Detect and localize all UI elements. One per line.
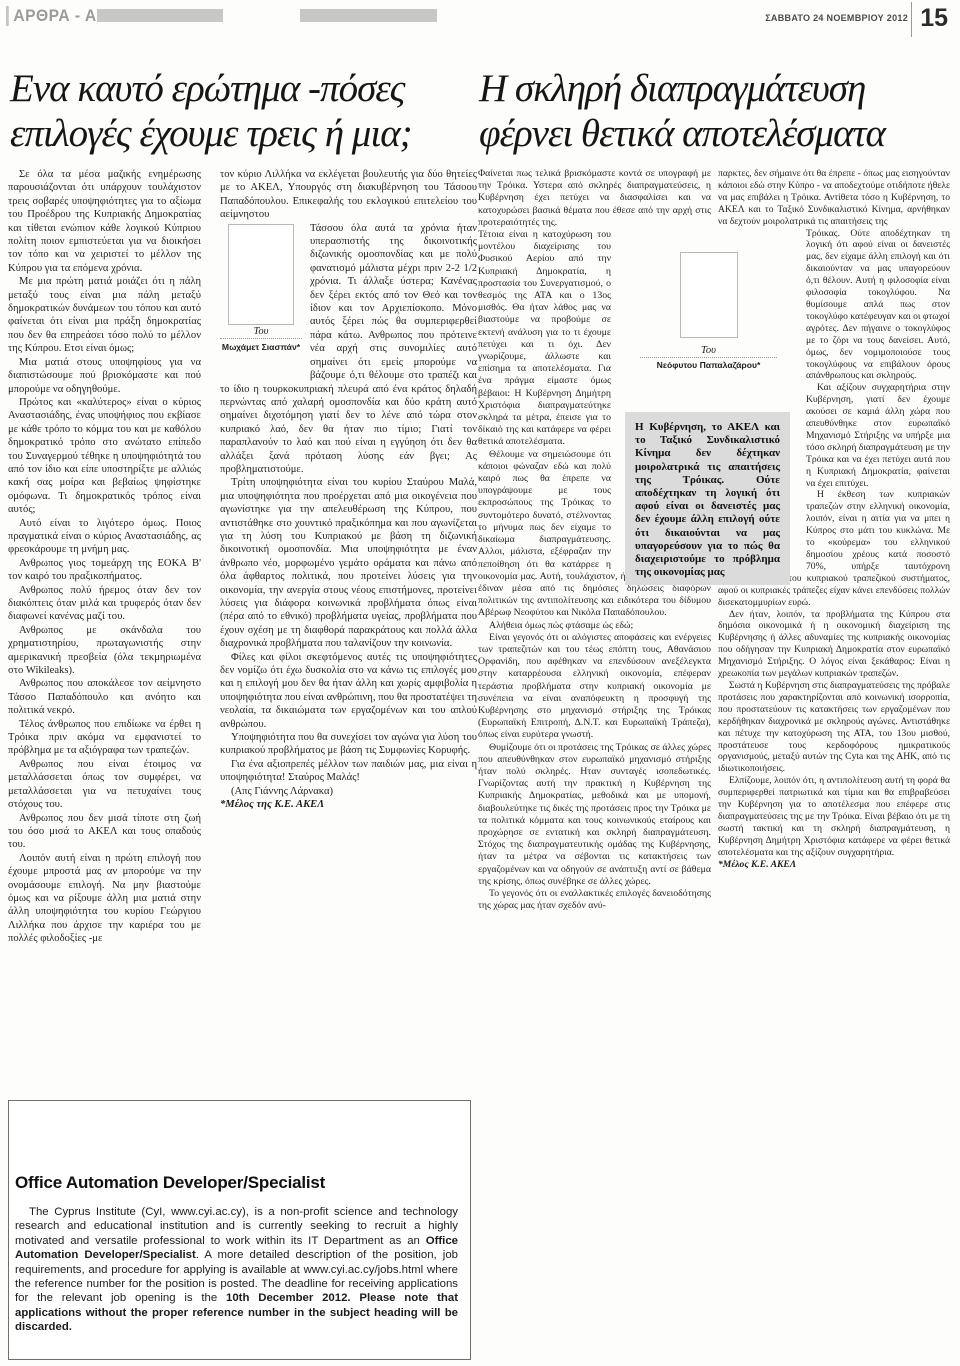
body-paragraph: Σωστά η Κυβέρνηση στις διαπραγματεύσεις …: [718, 680, 950, 775]
body-paragraph: Υποψηφιότητα που θα συνεχίσει τον αγώνα …: [220, 731, 477, 758]
body-paragraph: Είναι γεγονός ότι οι αλόγιστες αποφάσεις…: [478, 632, 711, 742]
right-title-line2: φέρνει θετικά αποτελέσματα: [479, 112, 885, 155]
body-paragraph: Λοιπόν αυτή είναι η πρώτη επιλογή που έχ…: [8, 852, 201, 946]
body-paragraph: (Απς Γιάννης Λάρνακα): [220, 785, 477, 798]
body-paragraph: Αλήθεια όμως πώς φτάσαμε ώς εδώ;: [478, 620, 711, 632]
body-paragraph: Μια ματιά στους υποψηφίους για να διαπισ…: [8, 356, 201, 396]
left-article-column-1: Σε όλα τα μέσα μαζικής ενημέρωσης παρουσ…: [8, 168, 201, 946]
body-paragraph: Τέλος άνθρωπος που επιδίωκε να έρθει η Τ…: [8, 718, 201, 758]
left-article-column-2: τον κύριο Λιλλήκα να εκλέγεται βουλευτής…: [220, 168, 477, 812]
left-article-title: Ενα καυτό ερώτημα -πόσες επιλογές έχουμε…: [10, 66, 475, 156]
body-paragraph: Με μια πρώτη ματιά μοιάζει ότι η πάλη με…: [8, 275, 201, 355]
author-name: Μωχάμετ Σιασπάν*: [220, 338, 302, 354]
header-bar-left: [97, 9, 223, 22]
pull-quote: Η Κυβέρνηση, το ΑΚΕΛ και το Ταξικό Συνδι…: [625, 412, 790, 585]
photo-placeholder: [228, 224, 294, 325]
left-byline-block: Του Μωχάμετ Σιασπάν*: [220, 224, 302, 378]
left-title-line2: επιλογές έχουμε τρεις ή μια;: [10, 112, 412, 155]
byline-prefix: Του: [640, 345, 777, 356]
ad-text-run: The Cyprus Institute (CyI, www.cyi.ac.cy…: [15, 1206, 458, 1247]
body-paragraph: Ανθρωπος με σκάνδαλα του χρηματιστηρίου,…: [8, 624, 201, 678]
job-ad-title: Office Automation Developer/Specialist: [15, 1173, 458, 1193]
body-paragraph: Ανθρωπος που είναι έτοιμος να μεταλλάσσε…: [8, 758, 201, 812]
body-paragraph: Το γεγονός ότι οι εναλλακτικές επιλογές …: [478, 888, 711, 912]
photo-placeholder: [680, 252, 738, 338]
body-paragraph: Πρώτος και «καλύτερος» είναι ο κύριος Αν…: [8, 396, 201, 517]
author-credit: *Μέλος της Κ.Ε. ΑΚΕΛ: [220, 798, 477, 811]
body-paragraph: Φίλες και φίλοι σκεφτόμενος αυτές τις υπ…: [220, 651, 477, 731]
body-paragraph: Φαίνεται πως τελικά βρισκόμαστε κοντά σε…: [478, 168, 711, 229]
author-credit: *Μέλος Κ.Ε. ΑΚΕΛ: [718, 859, 950, 871]
body-paragraph: Ανθρωπος πολύ ήρεμος όταν δεν τον διακόπ…: [8, 584, 201, 624]
body-paragraph: Ανθρωπος γιος τομεάρχη της ΕΟΚΑ Β' τον κ…: [8, 557, 201, 584]
left-title-line1: Ενα καυτό ερώτημα -πόσες: [10, 67, 405, 110]
right-title-line1: Η σκληρή διαπραγμάτευση: [479, 67, 865, 110]
body-paragraph: παρκτες, δεν σήμαινε ότι θα έπρεπε - όπω…: [718, 168, 950, 228]
body-paragraph: Για ένα αξιοπρεπές μέλλον των παιδιών μα…: [220, 758, 477, 785]
header-bar-right: [300, 9, 437, 22]
body-paragraph: Σε όλα τα μέσα μαζικής ενημέρωσης παρουσ…: [8, 168, 201, 275]
newspaper-page: ΑΡΘΡΑ - ΑΠΟΨΕΙΣ ΣΑΒΒΑΤΟ 24 ΝΟΕΜΒΡΙΟΥ 201…: [0, 0, 960, 1366]
right-article-title: Η σκληρή διαπραγμάτευση φέρνει θετικά απ…: [479, 66, 954, 156]
byline-prefix: Του: [220, 325, 302, 338]
body-paragraph: τον κύριο Λιλλήκα να εκλέγεται βουλευτής…: [220, 168, 477, 222]
right-byline-block: Του Νεόφυτου Παπαλαζάρου*: [640, 252, 777, 370]
body-paragraph: Ανθρωπος που δεν μισά τίποτε στη ζωή του…: [8, 812, 201, 852]
job-ad-body: The Cyprus Institute (CyI, www.cyi.ac.cy…: [15, 1205, 458, 1335]
body-paragraph: Δεν ήταν, λοιπόν, τα προβλήματα της Κύπρ…: [718, 609, 950, 680]
body-paragraph: Αυτό είναι το λιγότερο όμως. Ποιος πραγμ…: [8, 517, 201, 557]
job-advertisement: Office Automation Developer/Specialist T…: [8, 1100, 471, 1360]
body-paragraph: Θυμίζουμε ότι οι προτάσεις της Τρόικας σ…: [478, 742, 711, 888]
issue-date: ΣΑΒΒΑΤΟ 24 ΝΟΕΜΒΡΙΟΥ 2012: [765, 13, 908, 23]
page-number: 15: [911, 2, 948, 37]
body-paragraph: Ελπίζουμε, λοιπόν ότι, η αντιπολίτευση α…: [718, 775, 950, 858]
body-paragraph: Τρίτη υποψηφιότητα είναι του κυρίου Σταύ…: [220, 476, 477, 650]
body-paragraph: Ανθρωπος που αποκάλεσε τον αείμνηστο Τάσ…: [8, 677, 201, 717]
author-name: Νεόφυτου Παπαλαζάρου*: [640, 357, 777, 370]
